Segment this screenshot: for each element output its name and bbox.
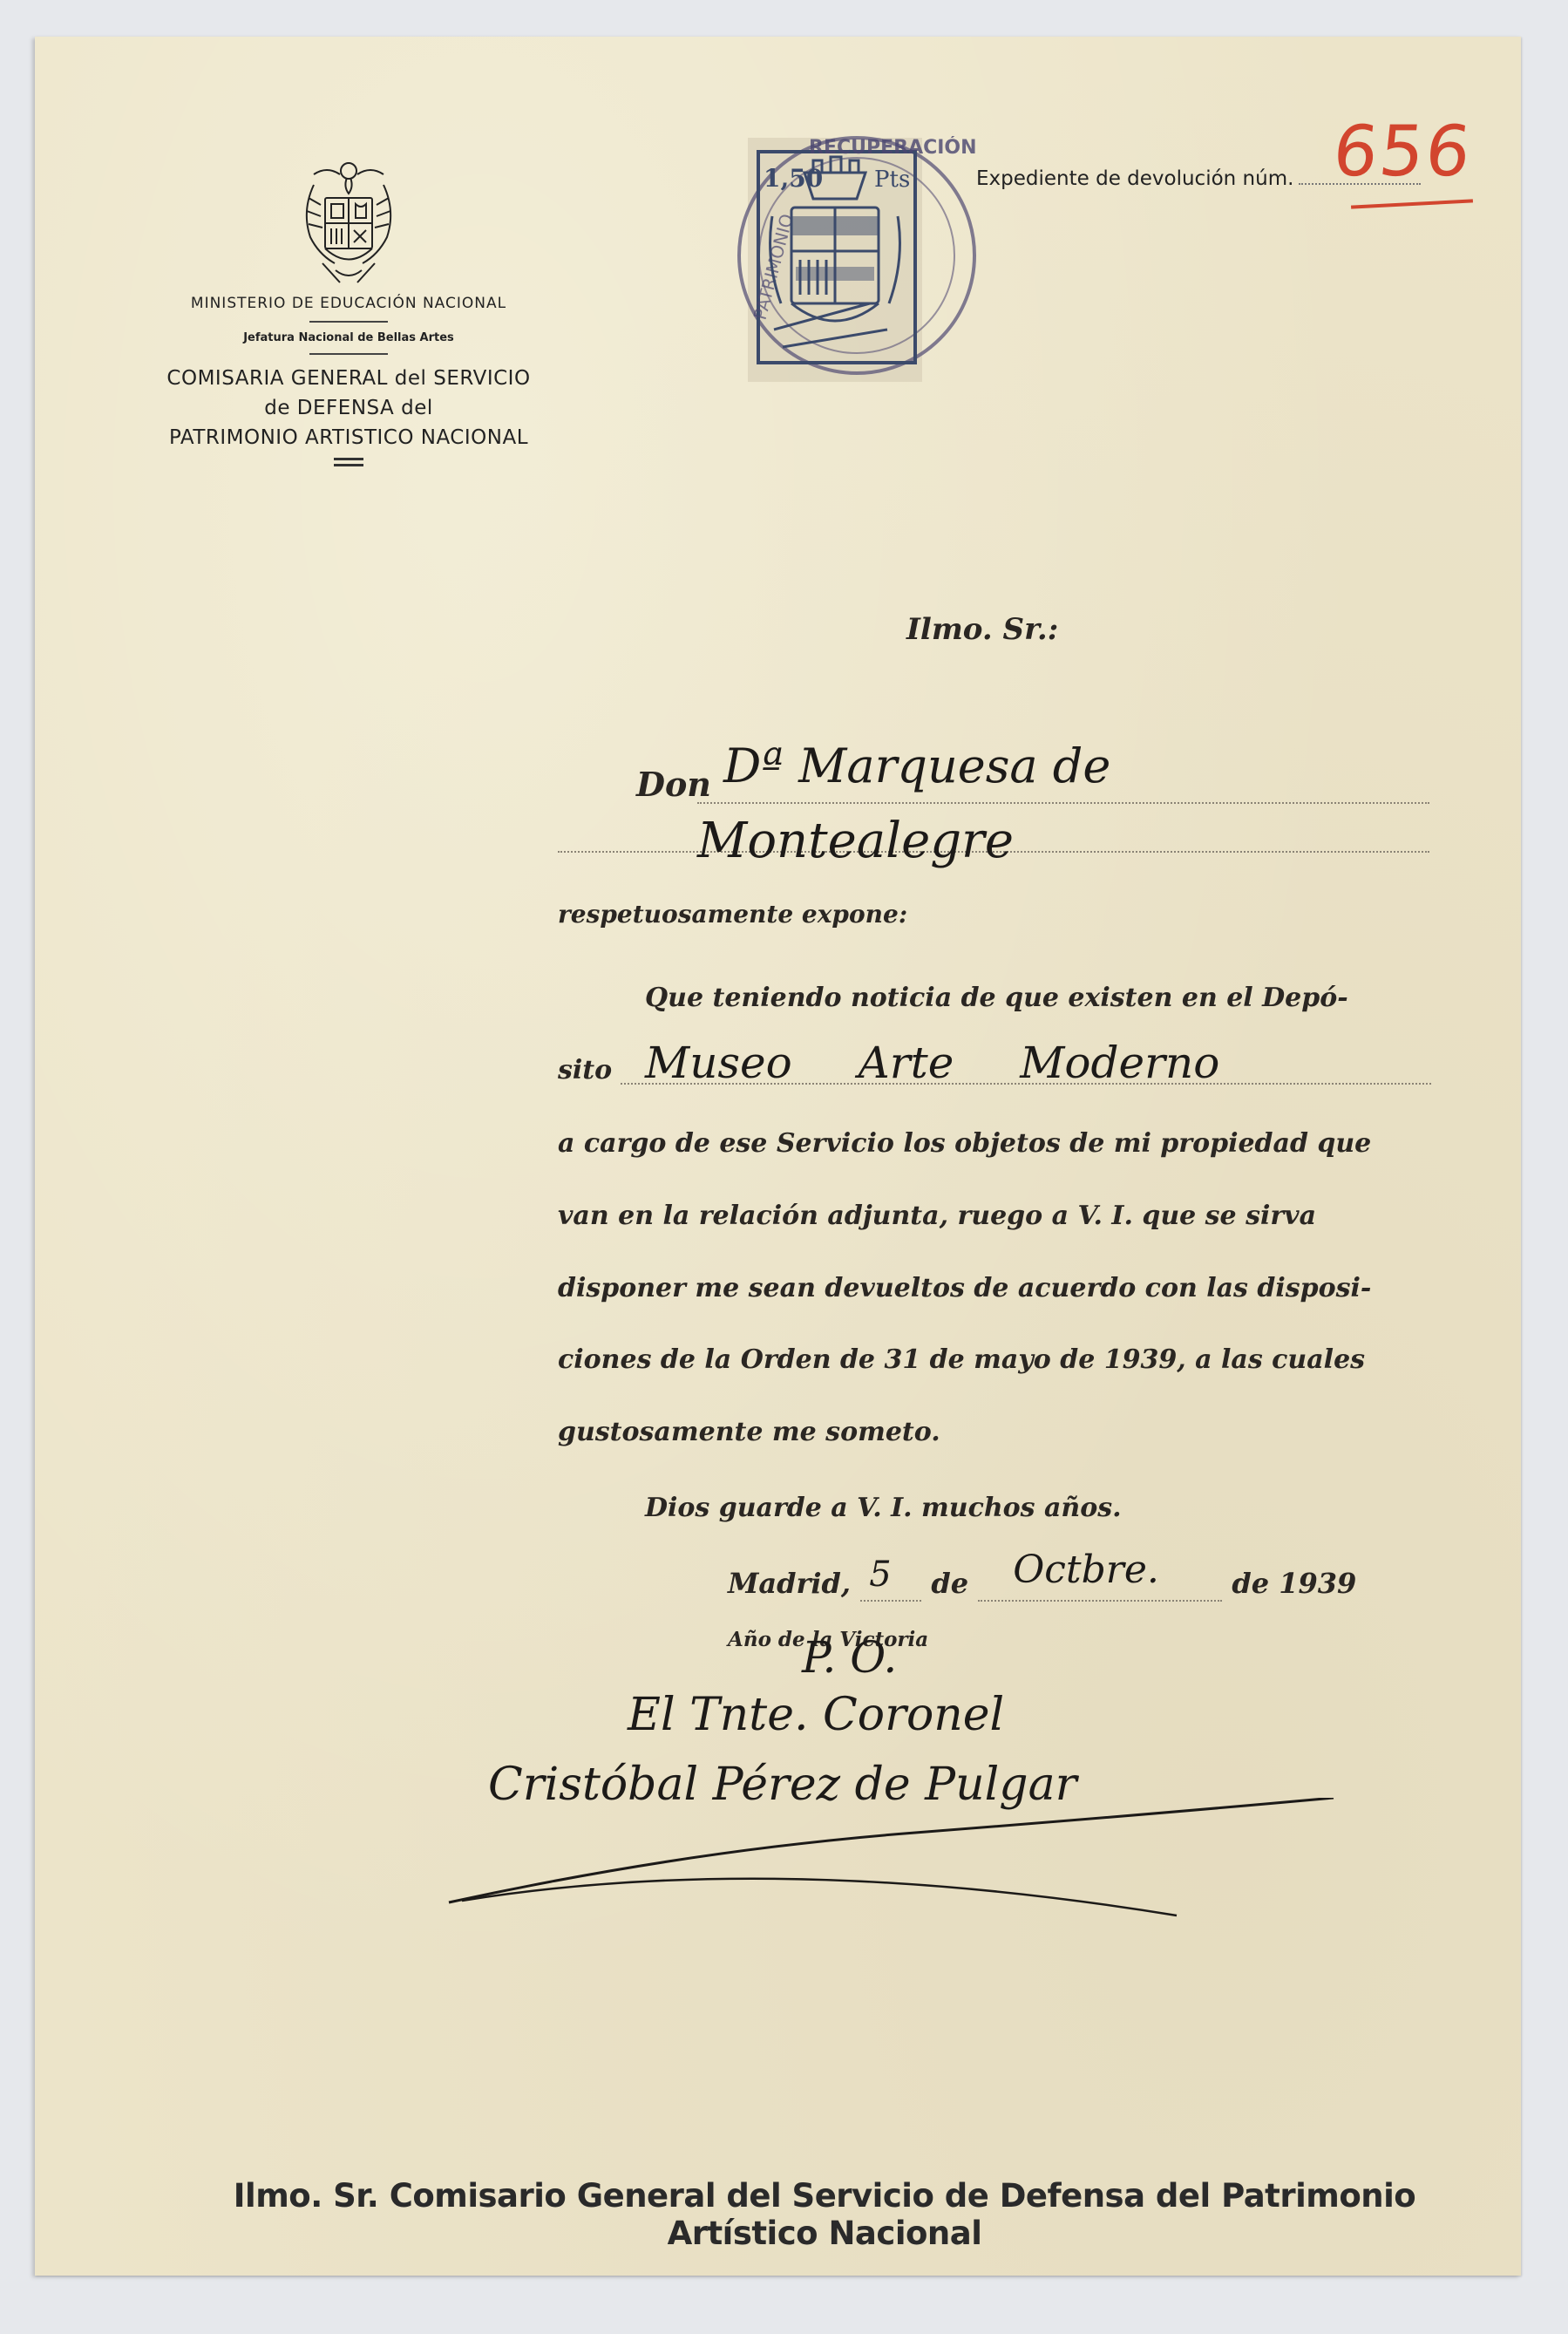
revenue-stamp-icon: 1,50 Pts RECUPERACIÓN PATRIMONIO xyxy=(713,120,1001,399)
commission-line-2: de DEFENSA del xyxy=(122,393,575,423)
commission-line-1: COMISARIA GENERAL del SERVICIO xyxy=(122,364,575,393)
city: Madrid, xyxy=(728,1567,851,1600)
svg-text:RECUPERACIÓN: RECUPERACIÓN xyxy=(809,136,977,159)
applicant-name-handwritten-2: Montealegre xyxy=(697,813,1014,869)
coat-of-arms-icon xyxy=(296,159,401,289)
body-line-4: van en la relación adjunta, ruego a V. I… xyxy=(558,1201,1316,1231)
month-fill: Octbre. xyxy=(978,1567,1222,1602)
day-fill: 5 xyxy=(860,1567,921,1602)
month-handwritten: Octbre. xyxy=(1013,1548,1159,1592)
commission-line-3: PATRIMONIO ARTISTICO NACIONAL xyxy=(122,423,575,453)
body-line-3: a cargo de ese Servicio los objetos de m… xyxy=(558,1128,1371,1159)
deposit-handwritten: Museo Arte Moderno xyxy=(645,1038,1219,1088)
body-line-5: disponer me sean devueltos de acuerdo co… xyxy=(558,1273,1371,1303)
don-label: Don xyxy=(636,765,711,804)
svg-text:Pts: Pts xyxy=(874,167,910,193)
addressee-footer: Ilmo. Sr. Comisario General del Servicio… xyxy=(206,2177,1443,2252)
document-page: MINISTERIO DE EDUCACIÓN NACIONAL Jefatur… xyxy=(35,37,1521,2276)
divider xyxy=(309,353,388,355)
de-label-1: de xyxy=(931,1567,968,1600)
body-line-6: ciones de la Orden de 31 de mayo de 1939… xyxy=(558,1344,1365,1375)
divider xyxy=(309,321,388,323)
file-number-handwritten: 656 xyxy=(1329,111,1476,192)
signature-flourish xyxy=(427,1798,1403,1955)
department-name: Jefatura Nacional de Bellas Artes xyxy=(122,331,575,344)
salutation: Ilmo. Sr.: xyxy=(906,612,1058,647)
closing-text: Dios guarde a V. I. muchos años. xyxy=(645,1493,1122,1523)
applicant-line-1 xyxy=(697,802,1429,804)
applicant-name-handwritten-1: Dª Marquesa de xyxy=(723,738,1110,793)
body-line-2-prefix: sito xyxy=(558,1055,612,1085)
file-number-label: Expediente de devolución núm. xyxy=(976,167,1293,190)
date-line: Madrid, 5 de Octbre. de 1939 xyxy=(728,1567,1356,1602)
year: 1939 xyxy=(1279,1567,1356,1600)
ministry-name: MINISTERIO DE EDUCACIÓN NACIONAL xyxy=(122,295,575,312)
intro-text: respetuosamente expone: xyxy=(558,900,907,929)
de-label-2: de xyxy=(1232,1567,1269,1600)
red-underline xyxy=(1351,199,1473,208)
body-line-1: Que teniendo noticia de que existen en e… xyxy=(645,983,1348,1013)
signature-rank: El Tnte. Coronel xyxy=(628,1689,1004,1741)
letterhead: MINISTERIO DE EDUCACIÓN NACIONAL Jefatur… xyxy=(122,159,575,466)
double-rule xyxy=(334,458,363,466)
body-line-7: gustosamente me someto. xyxy=(558,1417,940,1447)
signature-po: P. O. xyxy=(802,1632,897,1683)
day-handwritten: 5 xyxy=(869,1555,891,1595)
